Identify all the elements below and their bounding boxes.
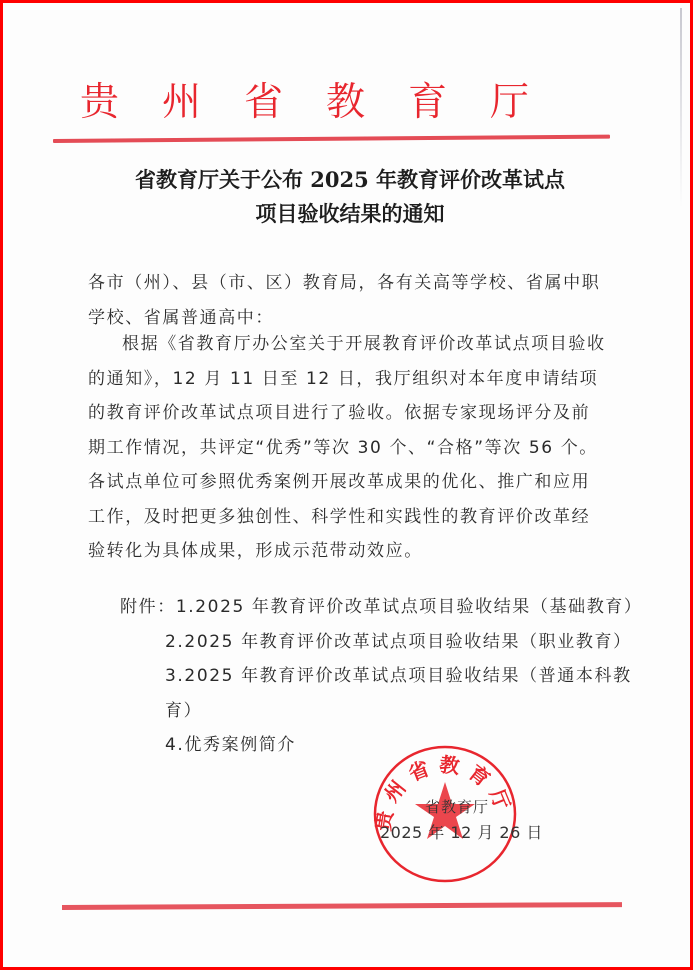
salutation: 各市（州）、县（市、区）教育局，各有关高等学校、省属中职学校、省属普通高中： (88, 266, 608, 335)
attachment-item: 2.2025 年教育评价改革试点项目验收结果（职业教育） (120, 625, 640, 660)
attachment-item-continued: 育） (120, 694, 640, 729)
attachments-label: 附件： (120, 597, 176, 617)
notice-title-line2: 项目验收结果的通知 (60, 197, 640, 231)
body-paragraph: 根据《省教育厅办公室关于开展教育评价改革试点项目验收的通知》，12 月 11 日… (88, 327, 608, 569)
signature-date: 2025 年 12 月 26 日 (380, 820, 543, 843)
page-edge-shadow (680, 8, 682, 208)
attachments-list: 附件：1.2025 年教育评价改革试点项目验收结果（基础教育） 2.2025 年… (120, 590, 640, 763)
masthead-title: 贵州省教育厅 (80, 78, 600, 128)
notice-title-line1: 省教育厅关于公布 2025 年教育评价改革试点 (60, 163, 640, 197)
signature-org: 省教育厅 (425, 796, 489, 817)
notice-title: 省教育厅关于公布 2025 年教育评价改革试点 项目验收结果的通知 (60, 163, 640, 231)
attachment-item: 附件：1.2025 年教育评价改革试点项目验收结果（基础教育） (120, 590, 640, 625)
attachment-item: 3.2025 年教育评价改革试点项目验收结果（普通本科教 (120, 659, 640, 694)
